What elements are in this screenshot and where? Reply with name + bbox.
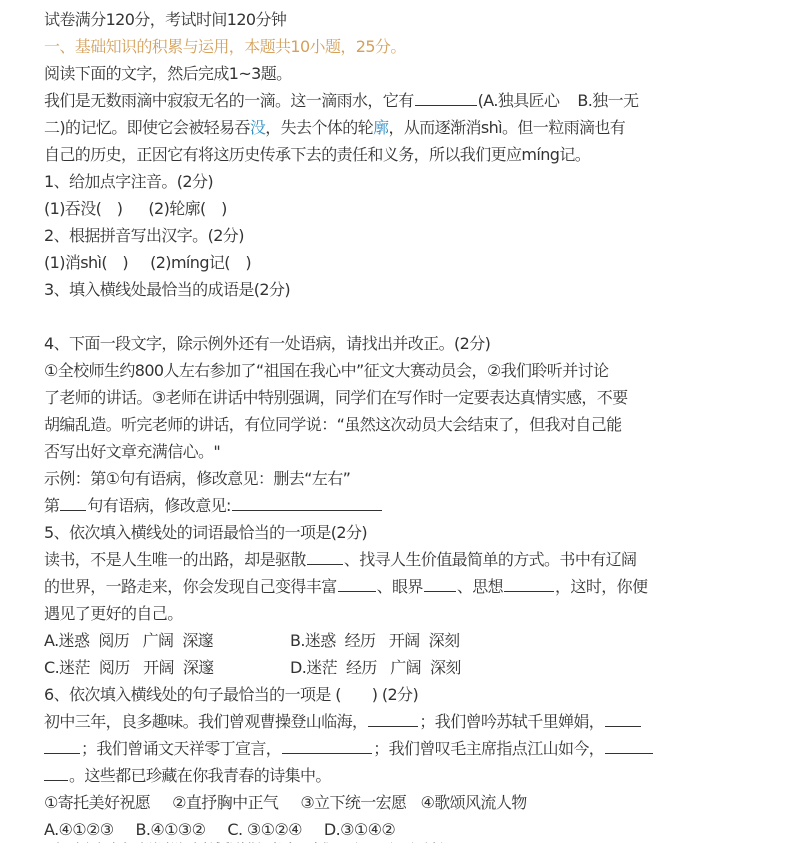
question-1-item-a: (1)吞没( ) <box>44 199 122 218</box>
dotted-char-kuo: 廓 <box>373 118 388 137</box>
question-2-item-a: (1)消shì( ) <box>44 253 128 272</box>
passage-text: 。这些都已珍藏在你我青春的诗集中。 <box>69 766 331 785</box>
question-4-line-1: ①全校师生约800人左右参加了“祖国在我心中”征文大赛动员会，②我们聆听并讨论 <box>44 357 734 384</box>
passage-text: ；我们曾吟苏轼千里婵娟， <box>419 712 604 731</box>
choice-2: ②直抒胸中正气 <box>172 793 278 812</box>
question-5-line-3: 遇见了更好的自己。 <box>44 600 734 627</box>
passage-text: 我们是无数雨滴中寂寂无名的一滴。这一滴雨水，它有 <box>44 91 414 110</box>
next-question-partial: 7、下列句子中加点词语使用恰当的一项是（ ）（2分） <box>44 842 456 845</box>
passage-line-3: 自己的历史，正因它有将这历史传承下去的责任和义务，所以我们更应míng记。 <box>44 141 734 168</box>
revision-blank <box>232 493 382 511</box>
question-4-line-3: 胡编乱造。听完老师的讲话，有位同学说：“虽然这次动员大会结束了，但我对自己能 <box>44 411 734 438</box>
question-6-line-1: 初中三年，良多趣味。我们曾观曹操登山临海，；我们曾吟苏轼千里婵娟， <box>44 708 734 735</box>
question-4-example: 示例：第①句有语病，修改意见：删去“左右” <box>44 465 734 492</box>
choice-1: ①寄托美好祝愿 <box>44 793 150 812</box>
option-b-text: B.独一无 <box>577 91 638 110</box>
answer-blank <box>338 574 376 592</box>
answer-blank <box>44 736 80 754</box>
dotted-char-mo: 没 <box>250 118 265 137</box>
answer-blank <box>44 763 68 781</box>
question-6-line-2: ；我们曾诵文天祥零丁宣言，；我们曾叹毛主席指点江山如今， <box>44 735 734 762</box>
option-d: D.迷茫 经历 广阔 深刻 <box>290 658 461 677</box>
question-6-choices: ①寄托美好祝愿②直抒胸中正气③立下统一宏愿④歌颂风流人物 <box>44 789 734 816</box>
passage-text: 、思想 <box>457 577 503 596</box>
option-b: B.④①③② <box>136 820 206 839</box>
answer-blank <box>368 709 418 727</box>
answer-label: 句有语病，修改意见: <box>87 496 230 515</box>
question-4-title: 4、下面一段文字，除示例外还有一处语病，请找出并改正。(2分) <box>44 330 734 357</box>
answer-blank <box>424 574 456 592</box>
answer-blank <box>307 547 343 565</box>
question-5-title: 5、依次填入横线处的词语最恰当的一项是(2分) <box>44 519 734 546</box>
question-5-options-cd: C.迷茫 阅历 开阔 深邃D.迷茫 经历 广阔 深刻 <box>44 654 734 681</box>
passage-text: ，这时，你便 <box>555 577 647 596</box>
passage-line-2: 二)的记忆。即使它会被轻易吞没，失去个体的轮廓，从而逐渐消shì。但一粒雨滴也有 <box>44 114 734 141</box>
section-title: 一、基础知识的积累与运用，本题共10小题，25分。 <box>44 33 734 60</box>
question-2-items: (1)消shì( )(2)míng记( ) <box>44 249 734 276</box>
question-4-line-2: 了老师的讲话。③老师在讲话中特别强调，同学们在写作时一定要表达真情实感，不要 <box>44 384 734 411</box>
cutoff-next-question: 7、下列句子中加点词语使用恰当的一项是（ ）（2分） <box>44 842 734 849</box>
passage-text: 读书，不是人生唯一的出路，却是驱散 <box>44 550 306 569</box>
question-4-answer: 第句有语病，修改意见: <box>44 492 734 519</box>
question-1-title: 1、给加点字注音。(2分) <box>44 168 734 195</box>
passage-intro: 阅读下面的文字，然后完成1~3题。 <box>44 60 734 87</box>
answer-blank <box>415 88 477 106</box>
passage-text: 初中三年，良多趣味。我们曾观曹操登山临海， <box>44 712 367 731</box>
option-a: A.迷惑 阅历 广阔 深邃 <box>44 627 290 654</box>
question-2-item-b: (2)míng记( ) <box>150 253 251 272</box>
answer-blank <box>282 736 372 754</box>
option-d: D.③①④② <box>324 820 395 839</box>
question-5-line-2: 的世界，一路走来，你会发现自己变得丰富、眼界、思想，这时，你便 <box>44 573 734 600</box>
passage-text: 二)的记忆。即使它会被轻易吞 <box>44 118 250 137</box>
sentence-number-blank <box>60 493 86 511</box>
choice-4: ④歌颂风流人物 <box>420 793 526 812</box>
question-6-line-3: 。这些都已珍藏在你我青春的诗集中。 <box>44 762 734 789</box>
spacer <box>44 303 734 330</box>
option-c: C. ③①②④ <box>227 820 302 839</box>
passage-text: 、找寻人生价值最简单的方式。书中有辽阔 <box>344 550 637 569</box>
choice-3: ③立下统一宏愿 <box>300 793 406 812</box>
option-a: A.④①②③ <box>44 820 114 839</box>
question-2-title: 2、根据拼音写出汉字。(2分) <box>44 222 734 249</box>
passage-line-1: 我们是无数雨滴中寂寂无名的一滴。这一滴雨水，它有(A.独具匠心B.独一无 <box>44 87 734 114</box>
exam-info: 试卷满分120分，考试时间120分钟 <box>44 6 734 33</box>
option-a-text: (A.独具匠心 <box>478 91 560 110</box>
question-5-line-1: 读书，不是人生唯一的出路，却是驱散、找寻人生价值最简单的方式。书中有辽阔 <box>44 546 734 573</box>
passage-text: ；我们曾诵文天祥零丁宣言， <box>81 739 281 758</box>
passage-text: ，失去个体的轮 <box>265 118 373 137</box>
question-5-options-ab: A.迷惑 阅历 广阔 深邃B.迷惑 经历 开阔 深刻 <box>44 627 734 654</box>
passage-text: ；我们曾叹毛主席指点江山如今， <box>373 739 604 758</box>
question-6-options: A.④①②③B.④①③②C. ③①②④D.③①④② <box>44 816 734 843</box>
answer-blank <box>605 709 641 727</box>
answer-blank <box>504 574 554 592</box>
exam-document: 试卷满分120分，考试时间120分钟 一、基础知识的积累与运用，本题共10小题，… <box>44 6 734 843</box>
passage-text: ，从而逐渐消shì。但一粒雨滴也有 <box>388 118 625 137</box>
answer-prefix: 第 <box>44 496 59 515</box>
question-4-line-4: 否写出好文章充满信心。" <box>44 438 734 465</box>
passage-text: 的世界，一路走来，你会发现自己变得丰富 <box>44 577 337 596</box>
question-6-title: 6、依次填入横线处的句子最恰当的一项是 ( ) (2分) <box>44 681 734 708</box>
question-1-items: (1)吞没( )(2)轮廓( ) <box>44 195 734 222</box>
question-1-item-b: (2)轮廓( ) <box>148 199 226 218</box>
question-3-title: 3、填入横线处最恰当的成语是(2分) <box>44 276 734 303</box>
passage-text: 、眼界 <box>377 577 423 596</box>
option-b: B.迷惑 经历 开阔 深刻 <box>290 631 459 650</box>
answer-blank <box>605 736 653 754</box>
option-c: C.迷茫 阅历 开阔 深邃 <box>44 654 290 681</box>
